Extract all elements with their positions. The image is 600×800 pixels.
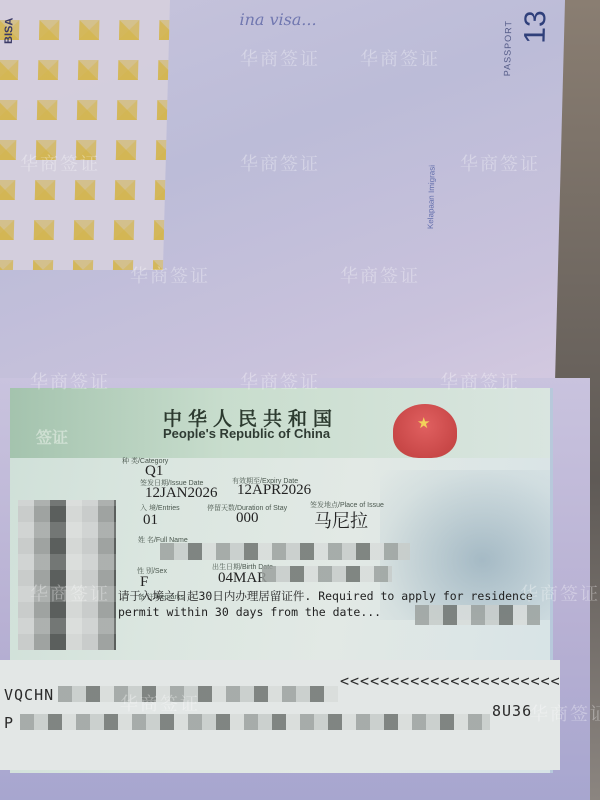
national-emblem-icon: ★: [393, 404, 457, 458]
mrz-line2-end: 8U36: [492, 702, 532, 720]
visa-title-en: People's Republic of China: [163, 426, 330, 441]
page-number: 13: [519, 10, 554, 43]
visa-mark: 签证: [36, 425, 68, 448]
full-name-redacted: [160, 543, 410, 560]
remarks-redacted: [415, 605, 540, 625]
corner-label: BISA: [3, 18, 16, 44]
mrz-line2-start: P: [4, 714, 14, 732]
place-of-issue-value: 马尼拉: [314, 507, 368, 533]
birth-date-redacted: [262, 566, 392, 582]
stamp-text: Kelapaan Imigrasi: [426, 165, 437, 229]
photo-redacted: [18, 500, 116, 650]
mrz-line1-fill: <<<<<<<<<<<<<<<<<<<<<<: [340, 672, 561, 690]
passport-upper-page: BISA ina visa... PASSPORT 13 Kelapaan Im…: [0, 0, 565, 385]
birth-date-value: 04MAR: [218, 570, 267, 587]
issue-date-value: 12JAN2026: [145, 485, 218, 502]
duration-value: 000: [236, 510, 259, 527]
mrz-line2-redacted: [20, 714, 490, 730]
security-pattern: [0, 0, 170, 270]
expiry-date-value: 12APR2026: [237, 482, 311, 499]
mrz-line1-start: VQCHN: [4, 686, 54, 704]
mrz-line1-redacted: [58, 686, 338, 702]
signature-text: ina visa...: [239, 10, 317, 29]
entries-value: 01: [143, 512, 158, 529]
passport-side-label: PASSPORT: [502, 20, 513, 76]
